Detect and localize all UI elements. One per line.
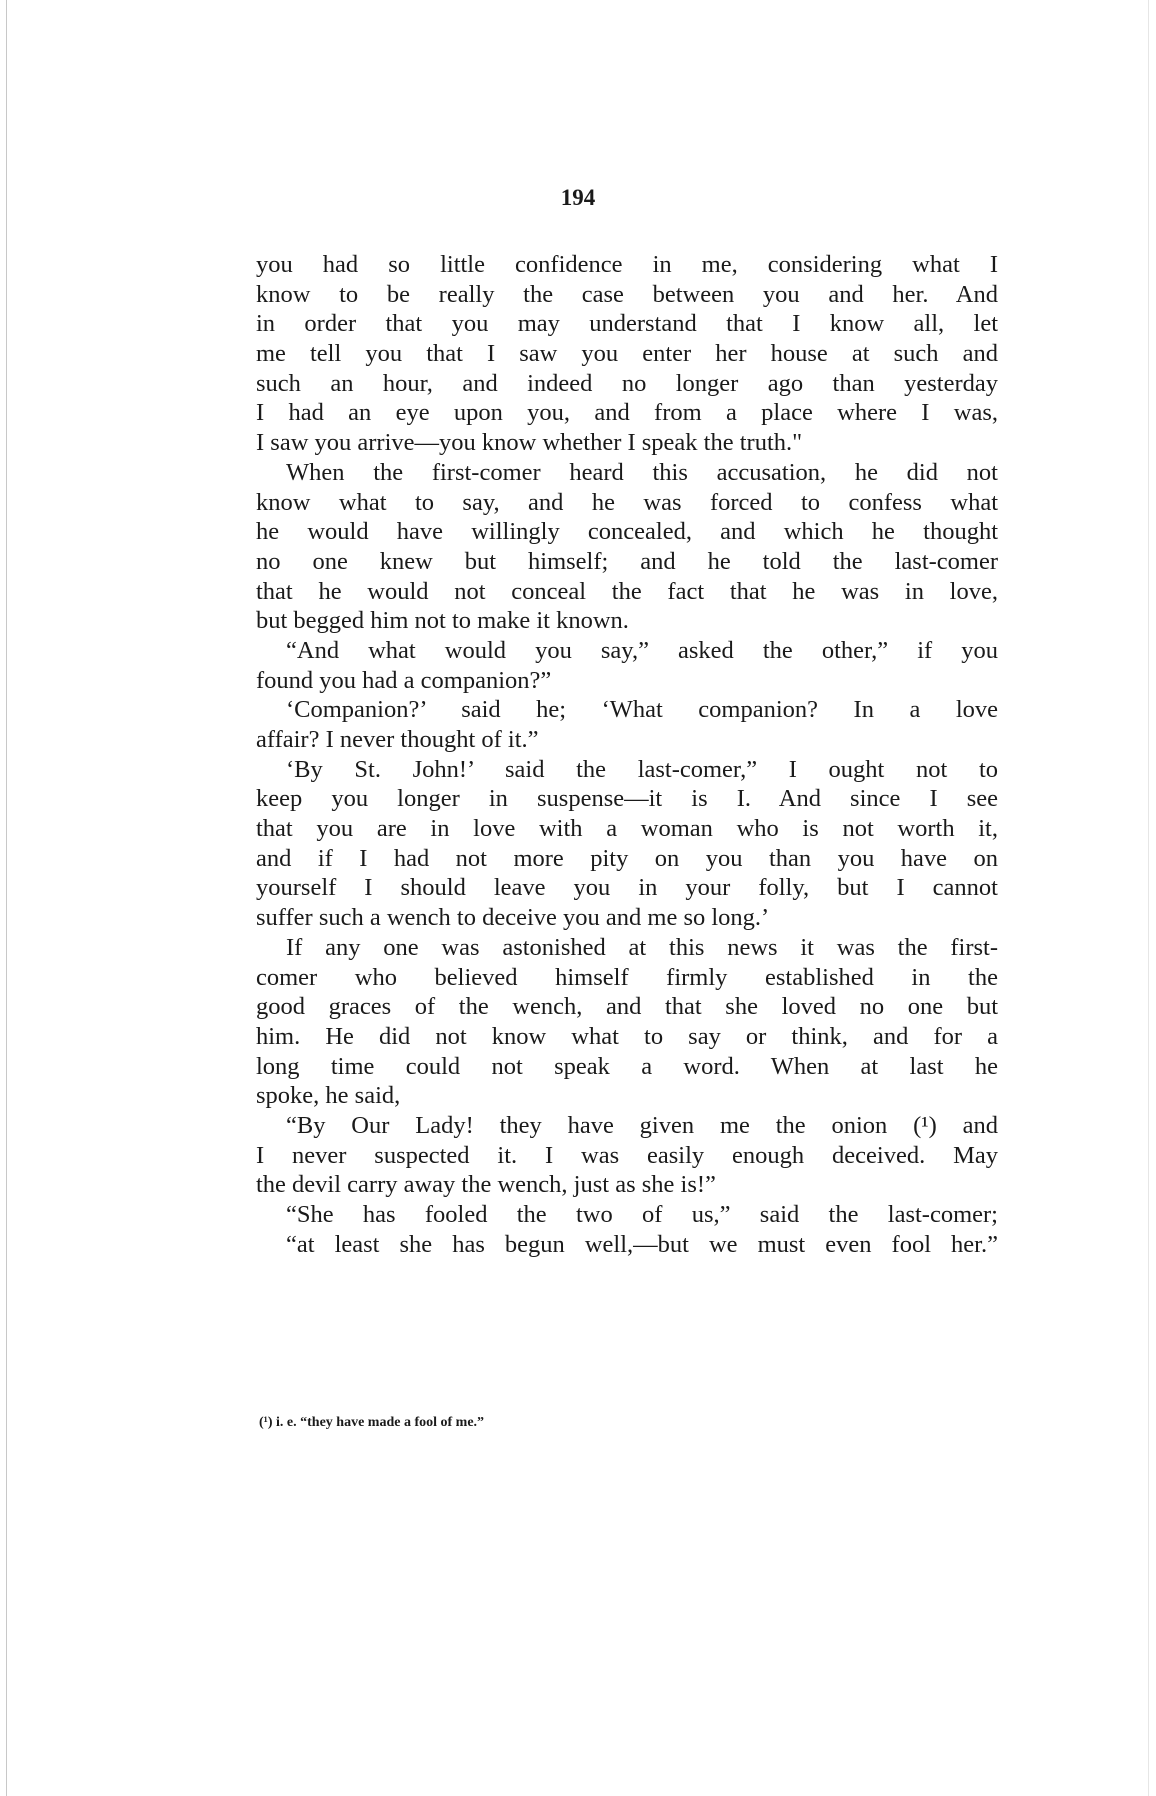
text-line: know what to say, and he was forced to c… (256, 488, 998, 518)
text-line: long time could not speak a word. When a… (256, 1052, 998, 1082)
text-line: keep you longer in suspense—it is I. And… (256, 784, 998, 814)
text-line: spoke, he said, (256, 1081, 998, 1111)
text-line: in order that you may understand that I … (256, 309, 998, 339)
text-line: I had an eye upon you, and from a place … (256, 398, 998, 428)
text-line: affair? I never thought of it.” (256, 725, 998, 755)
text-line: such an hour, and indeed no longer ago t… (256, 369, 998, 399)
text-line: I never suspected it. I was easily enoug… (256, 1141, 998, 1171)
text-line: “By Our Lady! they have given me the oni… (256, 1111, 998, 1141)
text-line: yourself I should leave you in your foll… (256, 873, 998, 903)
text-line: he would have willingly concealed, and w… (256, 517, 998, 547)
footnote: (¹) i. e. “they have made a fool of me.” (259, 1415, 484, 1431)
text-line: “She has fooled the two of us,” said the… (256, 1200, 998, 1230)
text-line: ‘By St. John!’ said the last-comer,” I o… (256, 755, 998, 785)
text-line: I saw you arrive—you know whether I spea… (256, 428, 998, 458)
text-line: but begged him not to make it known. (256, 606, 998, 636)
text-line: When the first-comer heard this accusati… (256, 458, 998, 488)
text-line: you had so little confidence in me, cons… (256, 250, 998, 280)
text-line: the devil carry away the wench, just as … (256, 1170, 998, 1200)
text-line: me tell you that I saw you enter her hou… (256, 339, 998, 369)
page-number: 194 (0, 185, 1156, 211)
text-line: comer who believed himself firmly establ… (256, 963, 998, 993)
text-line: “And what would you say,” asked the othe… (256, 636, 998, 666)
text-line: that he would not conceal the fact that … (256, 577, 998, 607)
text-line: no one knew but himself; and he told the… (256, 547, 998, 577)
body-text: you had so little confidence in me, cons… (256, 250, 998, 1259)
text-line: him. He did not know what to say or thin… (256, 1022, 998, 1052)
text-line: If any one was astonished at this news i… (256, 933, 998, 963)
text-line: found you had a companion?” (256, 666, 998, 696)
text-line: good graces of the wench, and that she l… (256, 992, 998, 1022)
text-line: know to be really the case between you a… (256, 280, 998, 310)
text-line: that you are in love with a woman who is… (256, 814, 998, 844)
scan-edge-right (1148, 0, 1149, 1796)
text-line: “at least she has begun well,—but we mus… (256, 1230, 998, 1260)
text-line: suffer such a wench to deceive you and m… (256, 903, 998, 933)
scan-edge-left (6, 0, 7, 1796)
text-line: ‘Companion?’ said he; ‘What companion? I… (256, 695, 998, 725)
text-line: and if I had not more pity on you than y… (256, 844, 998, 874)
